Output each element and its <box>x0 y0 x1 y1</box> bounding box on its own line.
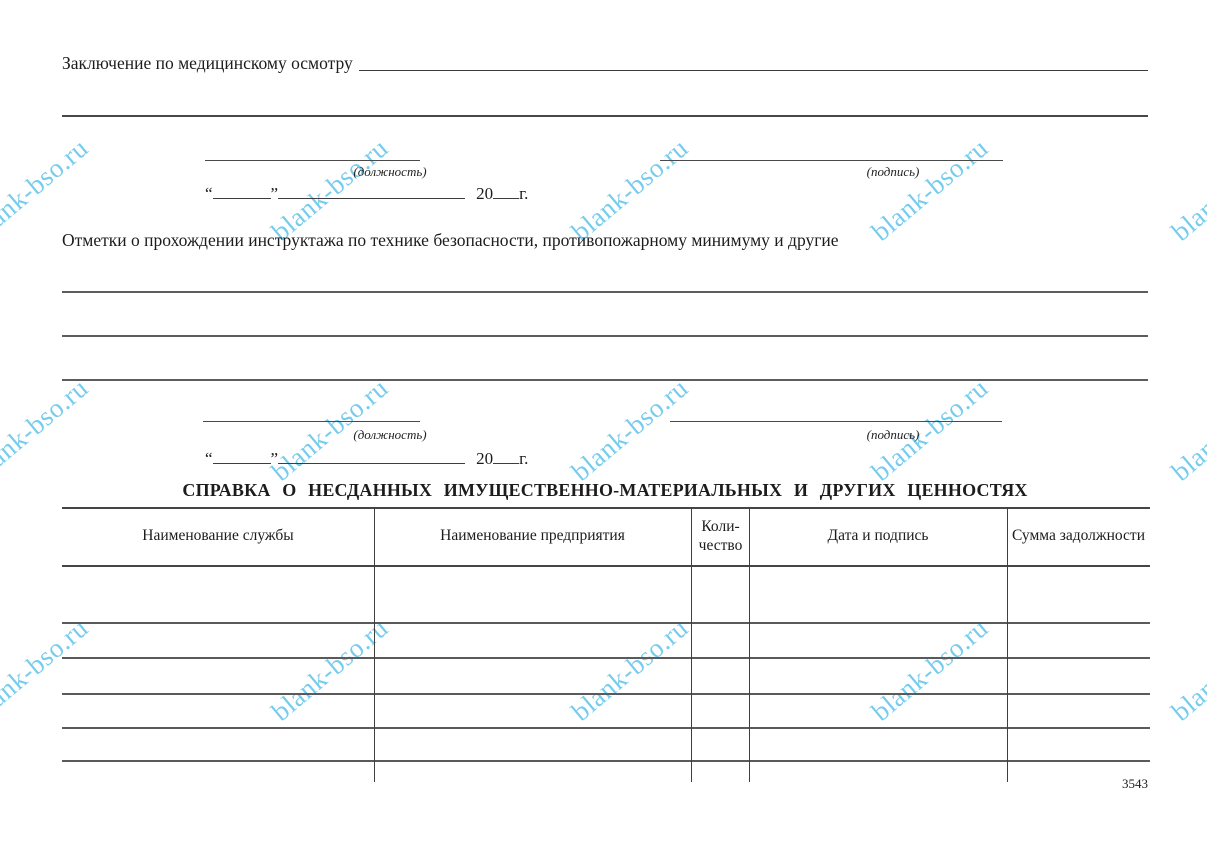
quote-open: “ <box>205 449 213 468</box>
year-blank <box>493 185 519 199</box>
column-header-debt-amount: Сумма задолжности <box>1007 509 1150 563</box>
position-blank-line <box>203 421 420 422</box>
briefing-blank-line <box>62 291 1148 293</box>
year-prefix: 20 <box>476 449 493 468</box>
column-header-service: Наименование службы <box>62 509 374 563</box>
month-blank <box>278 450 465 464</box>
medical-conclusion-label: Заключение по медицинскому осмотру <box>62 53 353 74</box>
certificate-title: СПРАВКА О НЕСДАННЫХ ИМУЩЕСТВЕННО-МАТЕРИА… <box>62 480 1148 501</box>
quote-open: “ <box>205 184 213 203</box>
year-blank <box>493 450 519 464</box>
form-number: 3543 <box>1098 776 1148 792</box>
date-row: “”20г. <box>205 184 528 204</box>
year-prefix: 20 <box>476 184 493 203</box>
briefing-note: Отметки о прохождении инструктажа по тех… <box>62 230 1148 251</box>
month-blank <box>278 185 465 199</box>
signature-caption: (подпись) <box>828 164 958 180</box>
day-blank <box>213 450 271 464</box>
position-blank-line <box>205 160 420 161</box>
column-header-date-signature: Дата и подпись <box>749 509 1007 563</box>
table-row-line <box>62 760 1150 762</box>
medical-conclusion-blank-line <box>359 60 1148 71</box>
quote-close: ” <box>271 449 279 468</box>
quote-close: ” <box>271 184 279 203</box>
medical-conclusion-continuation-line <box>62 115 1148 117</box>
signature-blank-line <box>660 160 1003 161</box>
form-content: Заключение по медицинскому осмотру (долж… <box>0 0 1207 850</box>
table-header-divider <box>62 565 1150 567</box>
medical-conclusion-row: Заключение по медицинскому осмотру <box>62 53 1148 74</box>
year-suffix: г. <box>519 449 528 468</box>
day-blank <box>213 185 271 199</box>
signature-blank-line <box>670 421 1002 422</box>
briefing-blank-line <box>62 335 1148 337</box>
position-caption: (должность) <box>330 164 450 180</box>
signature-caption: (подпись) <box>828 427 958 443</box>
briefing-blank-line <box>62 379 1148 381</box>
table-row-line <box>62 693 1150 695</box>
column-header-enterprise: Наименование предприятия <box>374 509 691 563</box>
table-row-line <box>62 657 1150 659</box>
position-caption: (должность) <box>330 427 450 443</box>
date-row: “”20г. <box>205 449 528 469</box>
form-page: blank-bso.rublank-bso.rublank-bso.rublan… <box>0 0 1207 850</box>
table-row-line <box>62 622 1150 624</box>
table-row-line <box>62 727 1150 729</box>
column-header-quantity: Коли-чество <box>693 509 748 563</box>
year-suffix: г. <box>519 184 528 203</box>
